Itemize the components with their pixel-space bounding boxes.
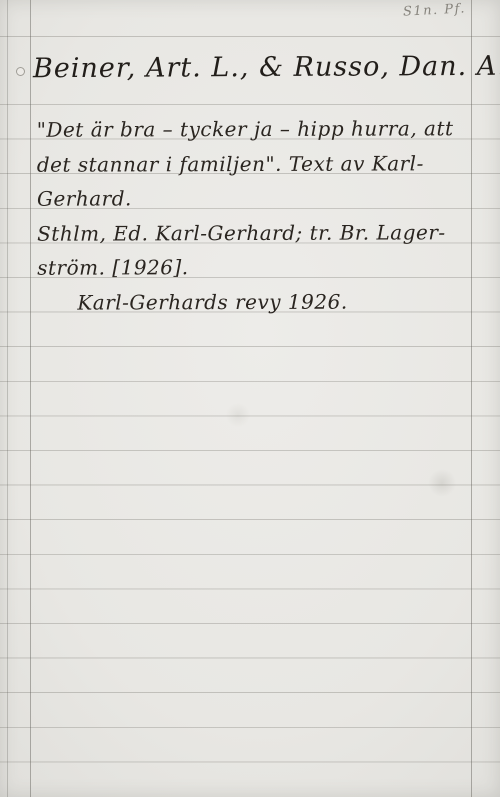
- title-quote-line-1: "Det är bra – tycker ja – hipp hurra, at…: [37, 111, 454, 147]
- punch-hole-mark: [16, 67, 25, 76]
- title-quote-line-2: det stannar i familjen". Text av Karl-: [37, 146, 454, 182]
- title-quote-line-3: Gerhard.: [37, 180, 454, 216]
- imprint-line-2: ström. [1926].: [37, 249, 454, 285]
- catalog-card: S1n. Pf. Beiner, Art. L., & Russo, Dan. …: [0, 0, 500, 797]
- series-note: Karl-Gerhards revy 1926.: [37, 284, 454, 320]
- card-body-text: "Det är bra – tycker ja – hipp hurra, at…: [37, 111, 455, 319]
- author-heading: Beiner, Art. L., & Russo, Dan. A.: [33, 51, 500, 84]
- left-edge-line: [7, 0, 8, 797]
- right-margin-line: [471, 0, 472, 797]
- shelf-mark: S1n. Pf.: [403, 1, 467, 19]
- ruled-line-top: [0, 36, 500, 37]
- imprint-line-1: Sthlm, Ed. Karl-Gerhard; tr. Br. Lager-: [37, 215, 454, 251]
- left-margin-line: [30, 0, 31, 797]
